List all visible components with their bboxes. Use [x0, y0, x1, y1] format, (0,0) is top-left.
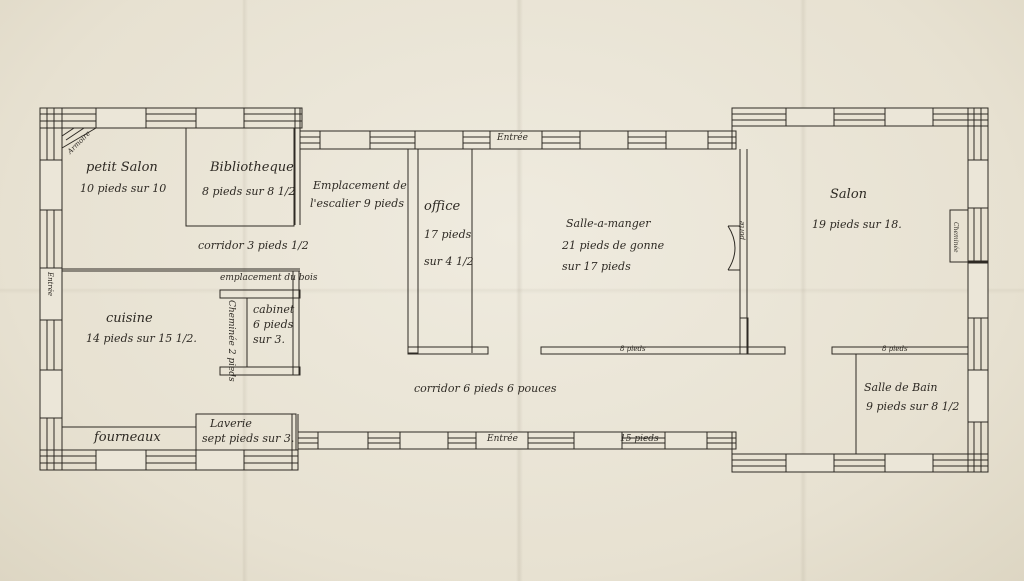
emplacement-bois-label: emplacement du bois	[220, 273, 317, 283]
partition-note-1: 8 pieds	[620, 345, 646, 353]
partition-note-2: 8 pieds	[882, 345, 908, 353]
right-wing-walls	[732, 108, 988, 472]
room-name-salle-a-manger: Salle-a-manger	[566, 218, 651, 231]
room-name-petit-salon: petit Salon	[86, 161, 158, 176]
room-name-cuisine: cuisine	[106, 312, 153, 327]
room-name-laverie: Laverie	[210, 418, 252, 431]
room-dims-laverie: sept pieds sur 3.	[202, 433, 294, 446]
room-dims-cuisine: 14 pieds sur 15 1/2.	[86, 333, 197, 346]
porte-label: porte	[738, 221, 746, 240]
width-bottom-label: 15 pieds	[620, 434, 659, 444]
room-name-bibliotheque: Bibliotheque	[210, 161, 294, 176]
room-dims-cabinet-2: sur 3.	[253, 334, 285, 347]
entree-bottom-label: Entrée	[487, 434, 518, 444]
floor-plan-drawing	[0, 0, 1024, 581]
corridor-main-label: corridor 6 pieds 6 pouces	[414, 383, 557, 396]
room-name-salle-de-bain: Salle de Bain	[864, 382, 937, 395]
room-dims-salle-a-manger-2: sur 17 pieds	[562, 261, 631, 274]
room-dims-cabinet-1: 6 pieds	[253, 319, 293, 332]
escalier-label-line2: l'escalier 9 pieds	[310, 198, 404, 211]
room-name-office: office	[424, 200, 460, 215]
entree-top-label: Entrée	[497, 133, 528, 143]
cheminee-label: Cheminée 2 pieds	[226, 300, 236, 382]
room-dims-salle-de-bain: 9 pieds sur 8 1/2	[866, 401, 959, 414]
entree-left-label: Entrée	[46, 272, 54, 296]
left-wing-partitions	[62, 128, 300, 450]
escalier-label-line1: Emplacement de	[313, 180, 407, 193]
room-dims-salon: 19 pieds sur 18.	[812, 219, 902, 232]
room-dims-office-1: 17 pieds	[424, 229, 471, 242]
room-dims-office-2: sur 4 1/2	[424, 256, 474, 269]
room-name-fourneaux: fourneaux	[94, 431, 161, 446]
room-name-salon: Salon	[830, 188, 867, 203]
room-dims-bibliotheque: 8 pieds sur 8 1/2	[202, 186, 295, 199]
room-dims-petit-salon: 10 pieds sur 10	[80, 183, 166, 196]
room-dims-salle-a-manger-1: 21 pieds de gonne	[562, 240, 664, 253]
cheminee-salon-label: Cheminée	[951, 222, 958, 253]
corridor-small-label: corridor 3 pieds 1/2	[198, 240, 309, 253]
room-name-cabinet: cabinet	[253, 304, 294, 317]
